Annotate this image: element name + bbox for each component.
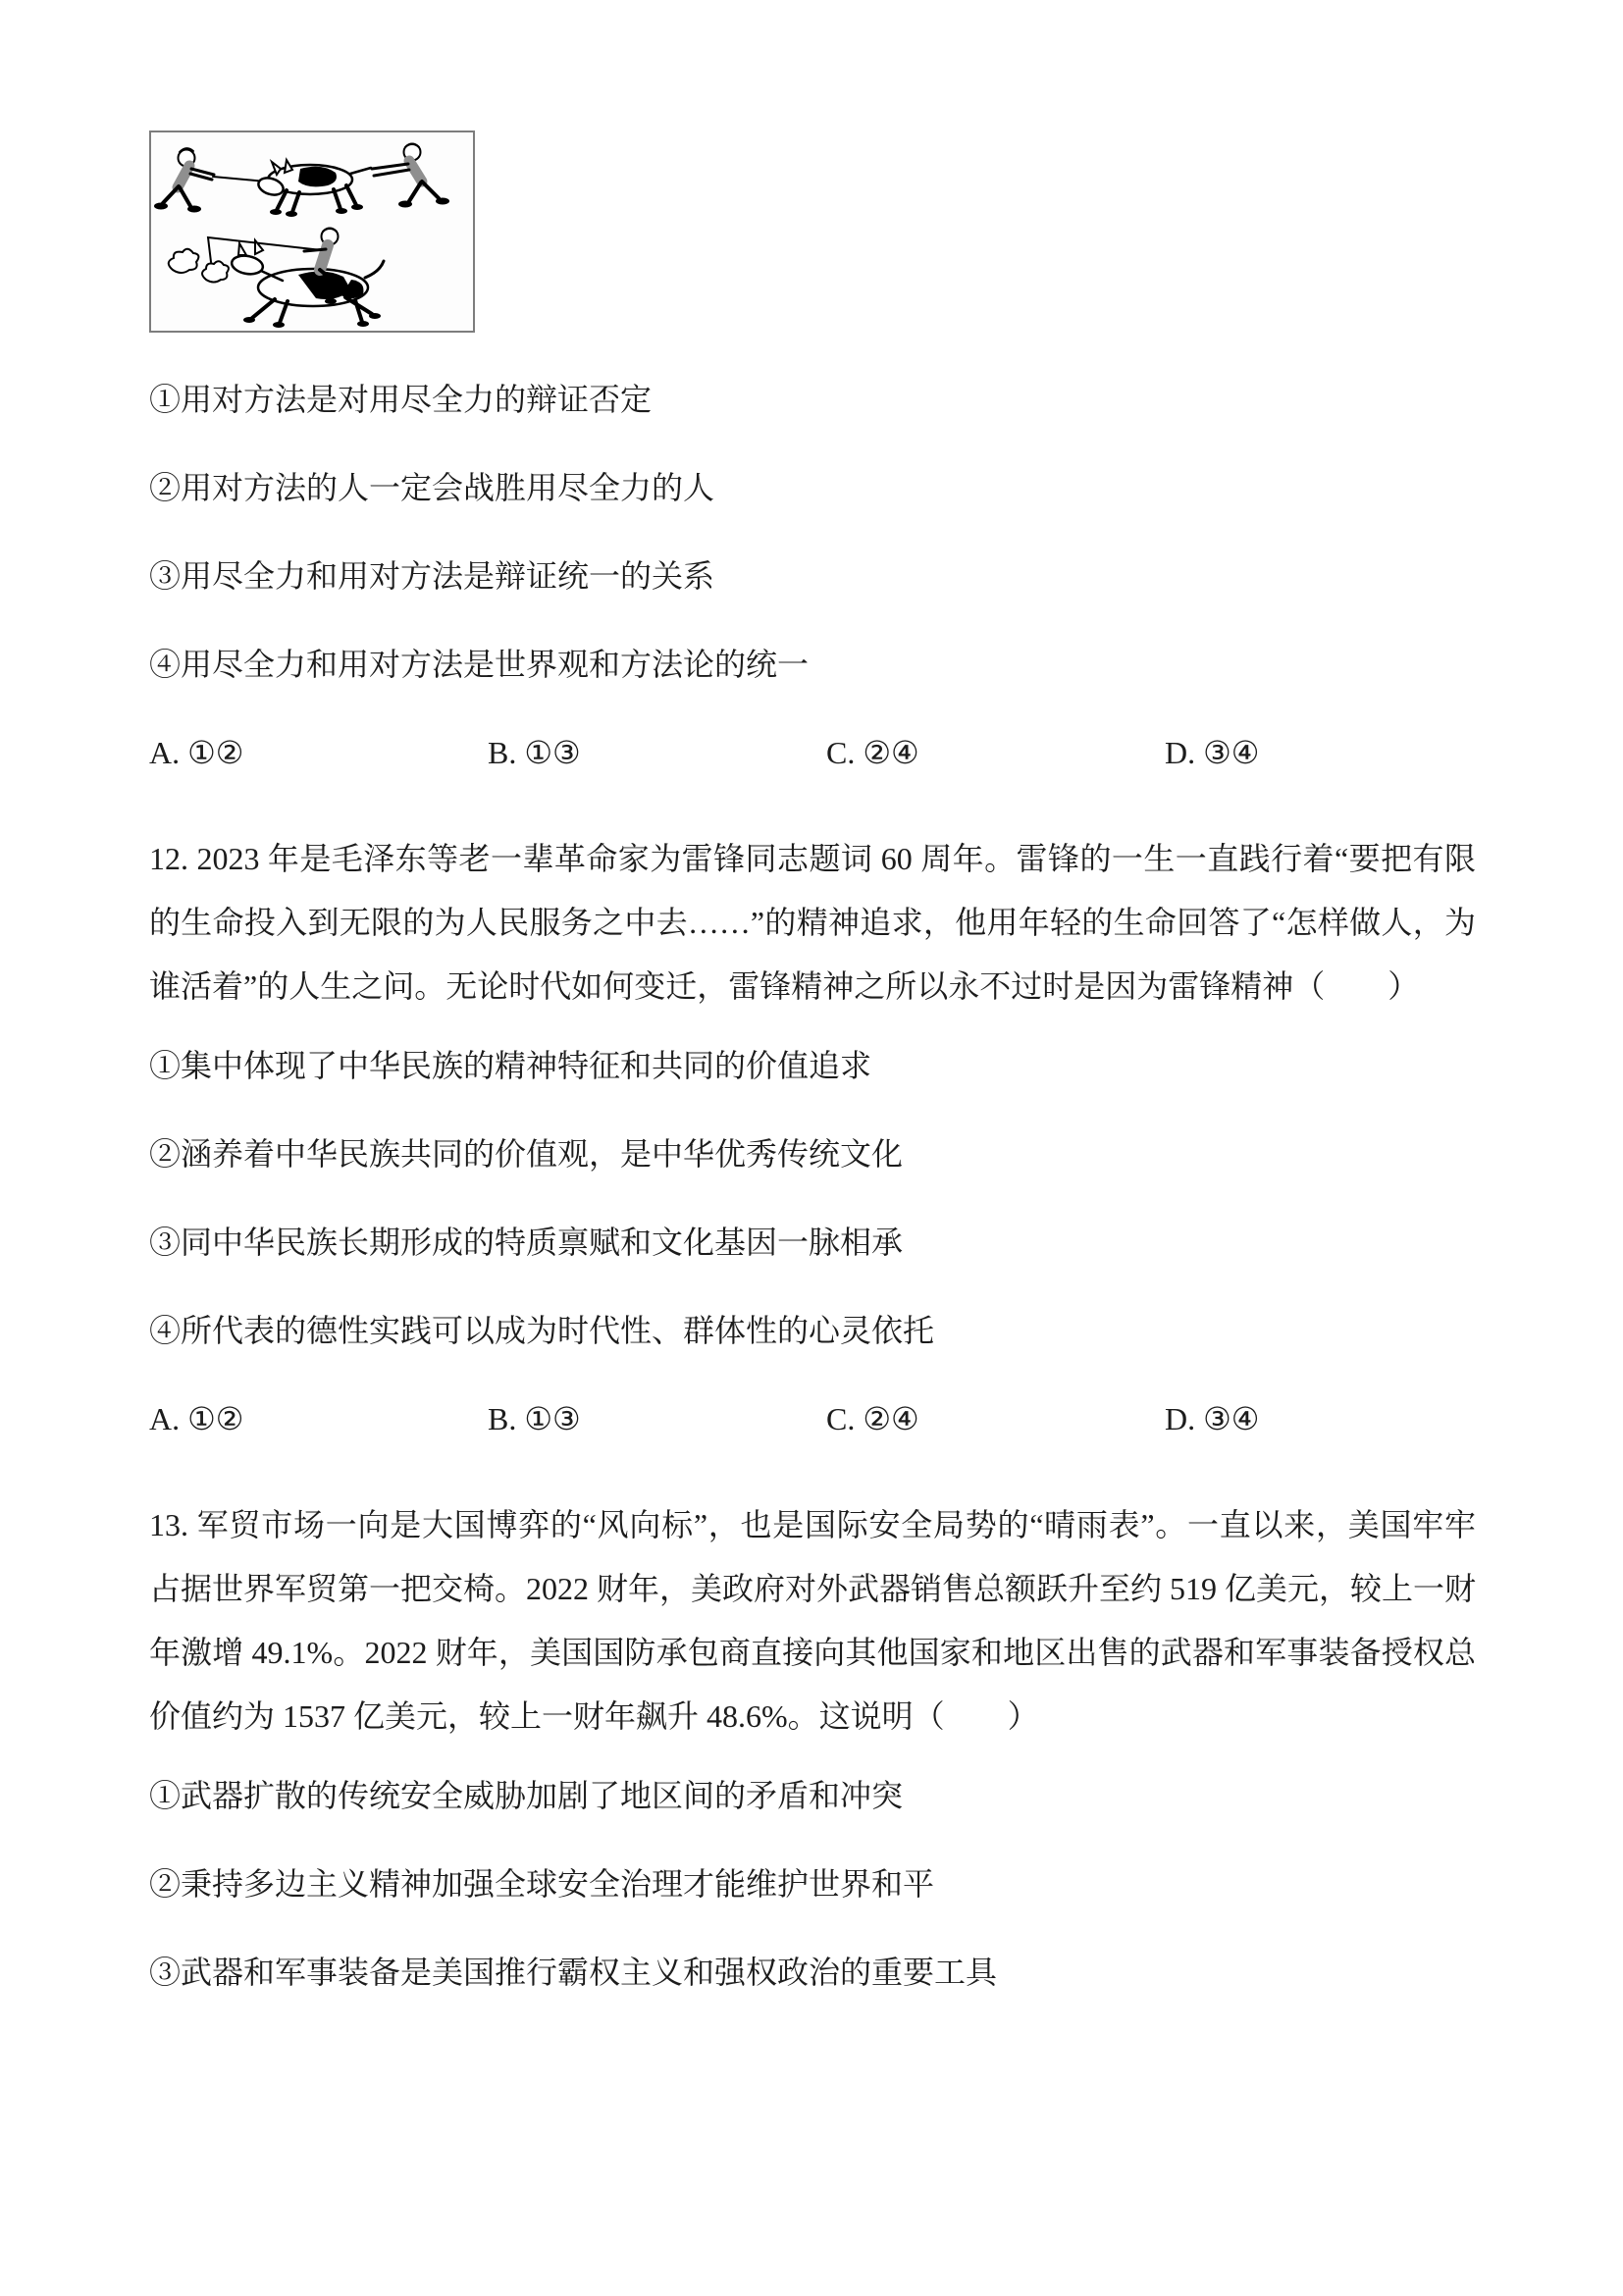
q12-option-1: ①集中体现了中华民族的精神特征和共同的价值追求 xyxy=(149,1048,1476,1083)
q12-answer-row: A. ①② B. ①③ C. ②④ D. ③④ xyxy=(149,1401,1476,1436)
page-content: ①用对方法是对用尽全力的辩证否定 ②用对方法的人一定会战胜用尽全力的人 ③用尽全… xyxy=(149,130,1476,2043)
q13-option-3: ③武器和军事装备是美国推行霸权主义和强权政治的重要工具 xyxy=(149,1955,1476,1990)
donkey-top xyxy=(256,160,371,217)
q11-answer-c: C. ②④ xyxy=(826,735,1165,770)
left-man xyxy=(154,148,214,212)
q12-option-4: ④所代表的德性实践可以成为时代性、群体性的心灵依托 xyxy=(149,1313,1476,1348)
tug-of-war-scene xyxy=(154,144,449,218)
q12-stem: 12. 2023 年是毛泽东等老一辈革命家为雷锋同志题词 60 周年。雷锋的一生… xyxy=(149,827,1476,1018)
grass-tufts xyxy=(169,249,229,283)
donkey-tail xyxy=(365,261,384,278)
q11-answer-b: B. ①③ xyxy=(488,735,826,770)
donkey-cartoon-svg xyxy=(151,132,473,331)
donkey-bottom xyxy=(231,240,384,328)
q11-answer-d: D. ③④ xyxy=(1165,735,1476,770)
donkey-cartoon-image xyxy=(149,130,475,333)
q12-answer-b: B. ①③ xyxy=(488,1401,826,1436)
q11-option-3: ③用尽全力和用对方法是辩证统一的关系 xyxy=(149,558,1476,594)
q11-option-1: ①用对方法是对用尽全力的辩证否定 xyxy=(149,382,1476,417)
q11-answer-a: A. ①② xyxy=(149,735,488,770)
q13-option-1: ①武器扩散的传统安全威胁加剧了地区间的矛盾和冲突 xyxy=(149,1778,1476,1813)
q13-stem: 13. 军贸市场一向是大国博弈的“风向标”，也是国际安全局势的“晴雨表”。一直以… xyxy=(149,1493,1476,1748)
exam-page: ①用对方法是对用尽全力的辩证否定 ②用对方法的人一定会战胜用尽全力的人 ③用尽全… xyxy=(0,0,1623,2296)
donkey-tail xyxy=(350,168,371,174)
q11-answer-row: A. ①② B. ①③ C. ②④ D. ③④ xyxy=(149,735,1476,770)
riding-scene xyxy=(169,229,384,329)
rope xyxy=(213,177,266,182)
q11-option-2: ②用对方法的人一定会战胜用尽全力的人 xyxy=(149,470,1476,505)
q12-option-3: ③同中华民族长期形成的特质禀赋和文化基因一脉相承 xyxy=(149,1225,1476,1260)
q12-answer-c: C. ②④ xyxy=(826,1401,1165,1436)
q11-option-4: ④用尽全力和用对方法是世界观和方法论的统一 xyxy=(149,647,1476,682)
q12-answer-d: D. ③④ xyxy=(1165,1401,1476,1436)
q12-option-2: ②涵养着中华民族共同的价值观，是中华优秀传统文化 xyxy=(149,1136,1476,1172)
right-man xyxy=(372,144,449,208)
q13-option-2: ②秉持多边主义精神加强全球安全治理才能维护世界和平 xyxy=(149,1866,1476,1902)
q12-answer-a: A. ①② xyxy=(149,1401,488,1436)
